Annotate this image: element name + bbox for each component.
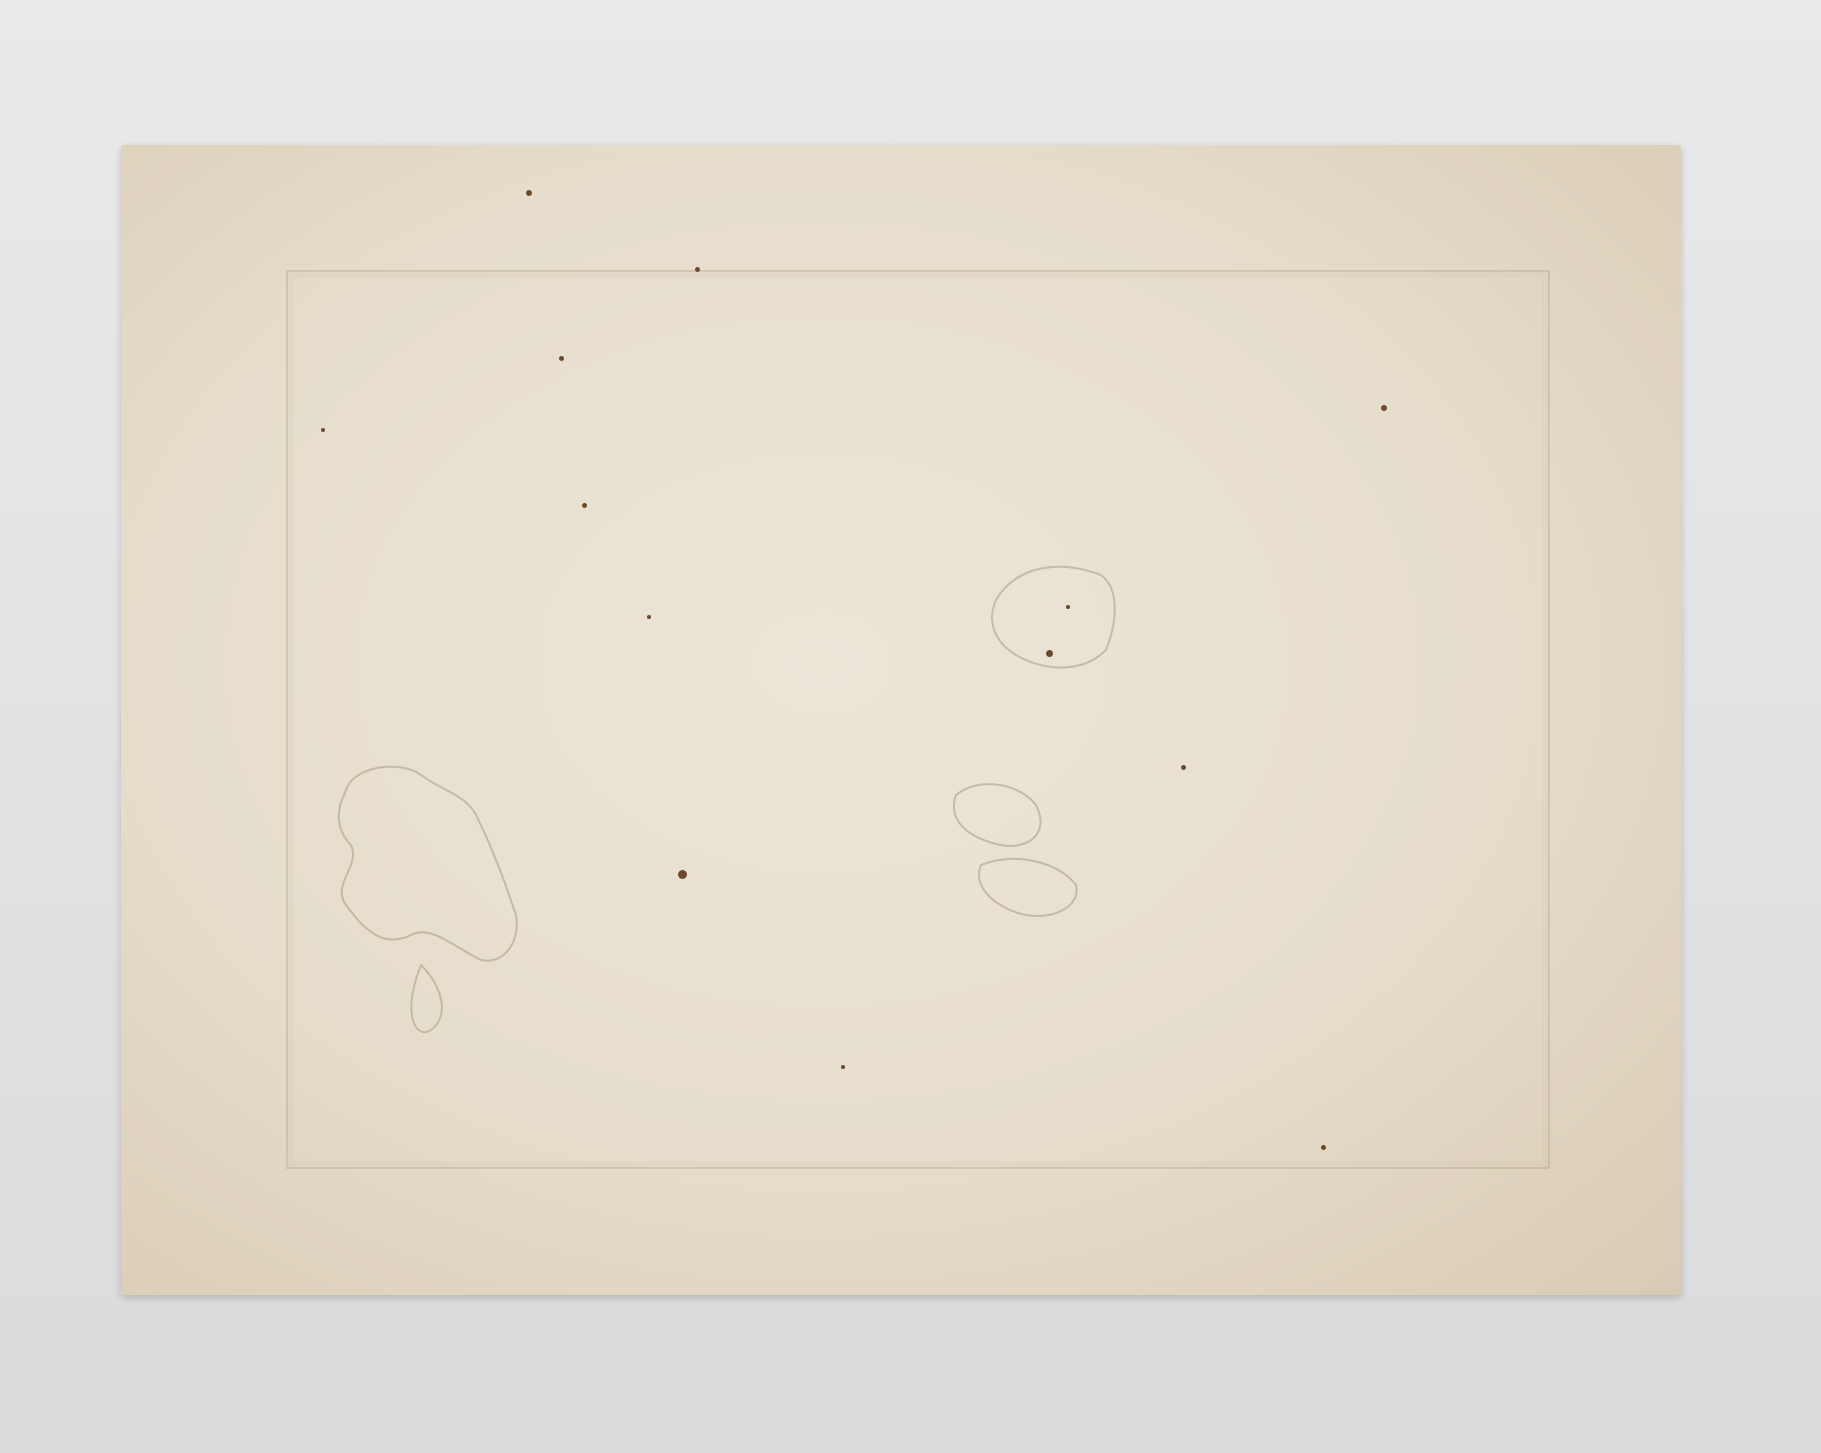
- foxing-spot: [647, 615, 651, 619]
- foxing-spot: [582, 503, 587, 508]
- foxing-spot: [526, 190, 532, 196]
- paper-sheet: [121, 145, 1681, 1295]
- foxing-spot: [841, 1065, 845, 1069]
- foxing-spot: [321, 428, 325, 432]
- show-through-map-outline: [121, 145, 1681, 1295]
- foxing-spot: [559, 356, 564, 361]
- foxing-spot: [1381, 405, 1387, 411]
- foxing-spot: [678, 870, 687, 879]
- foxing-spot: [1321, 1145, 1326, 1150]
- foxing-spot: [1046, 650, 1053, 657]
- foxing-spot: [695, 267, 700, 272]
- foxing-spot: [1181, 765, 1186, 770]
- foxing-spot: [1066, 605, 1070, 609]
